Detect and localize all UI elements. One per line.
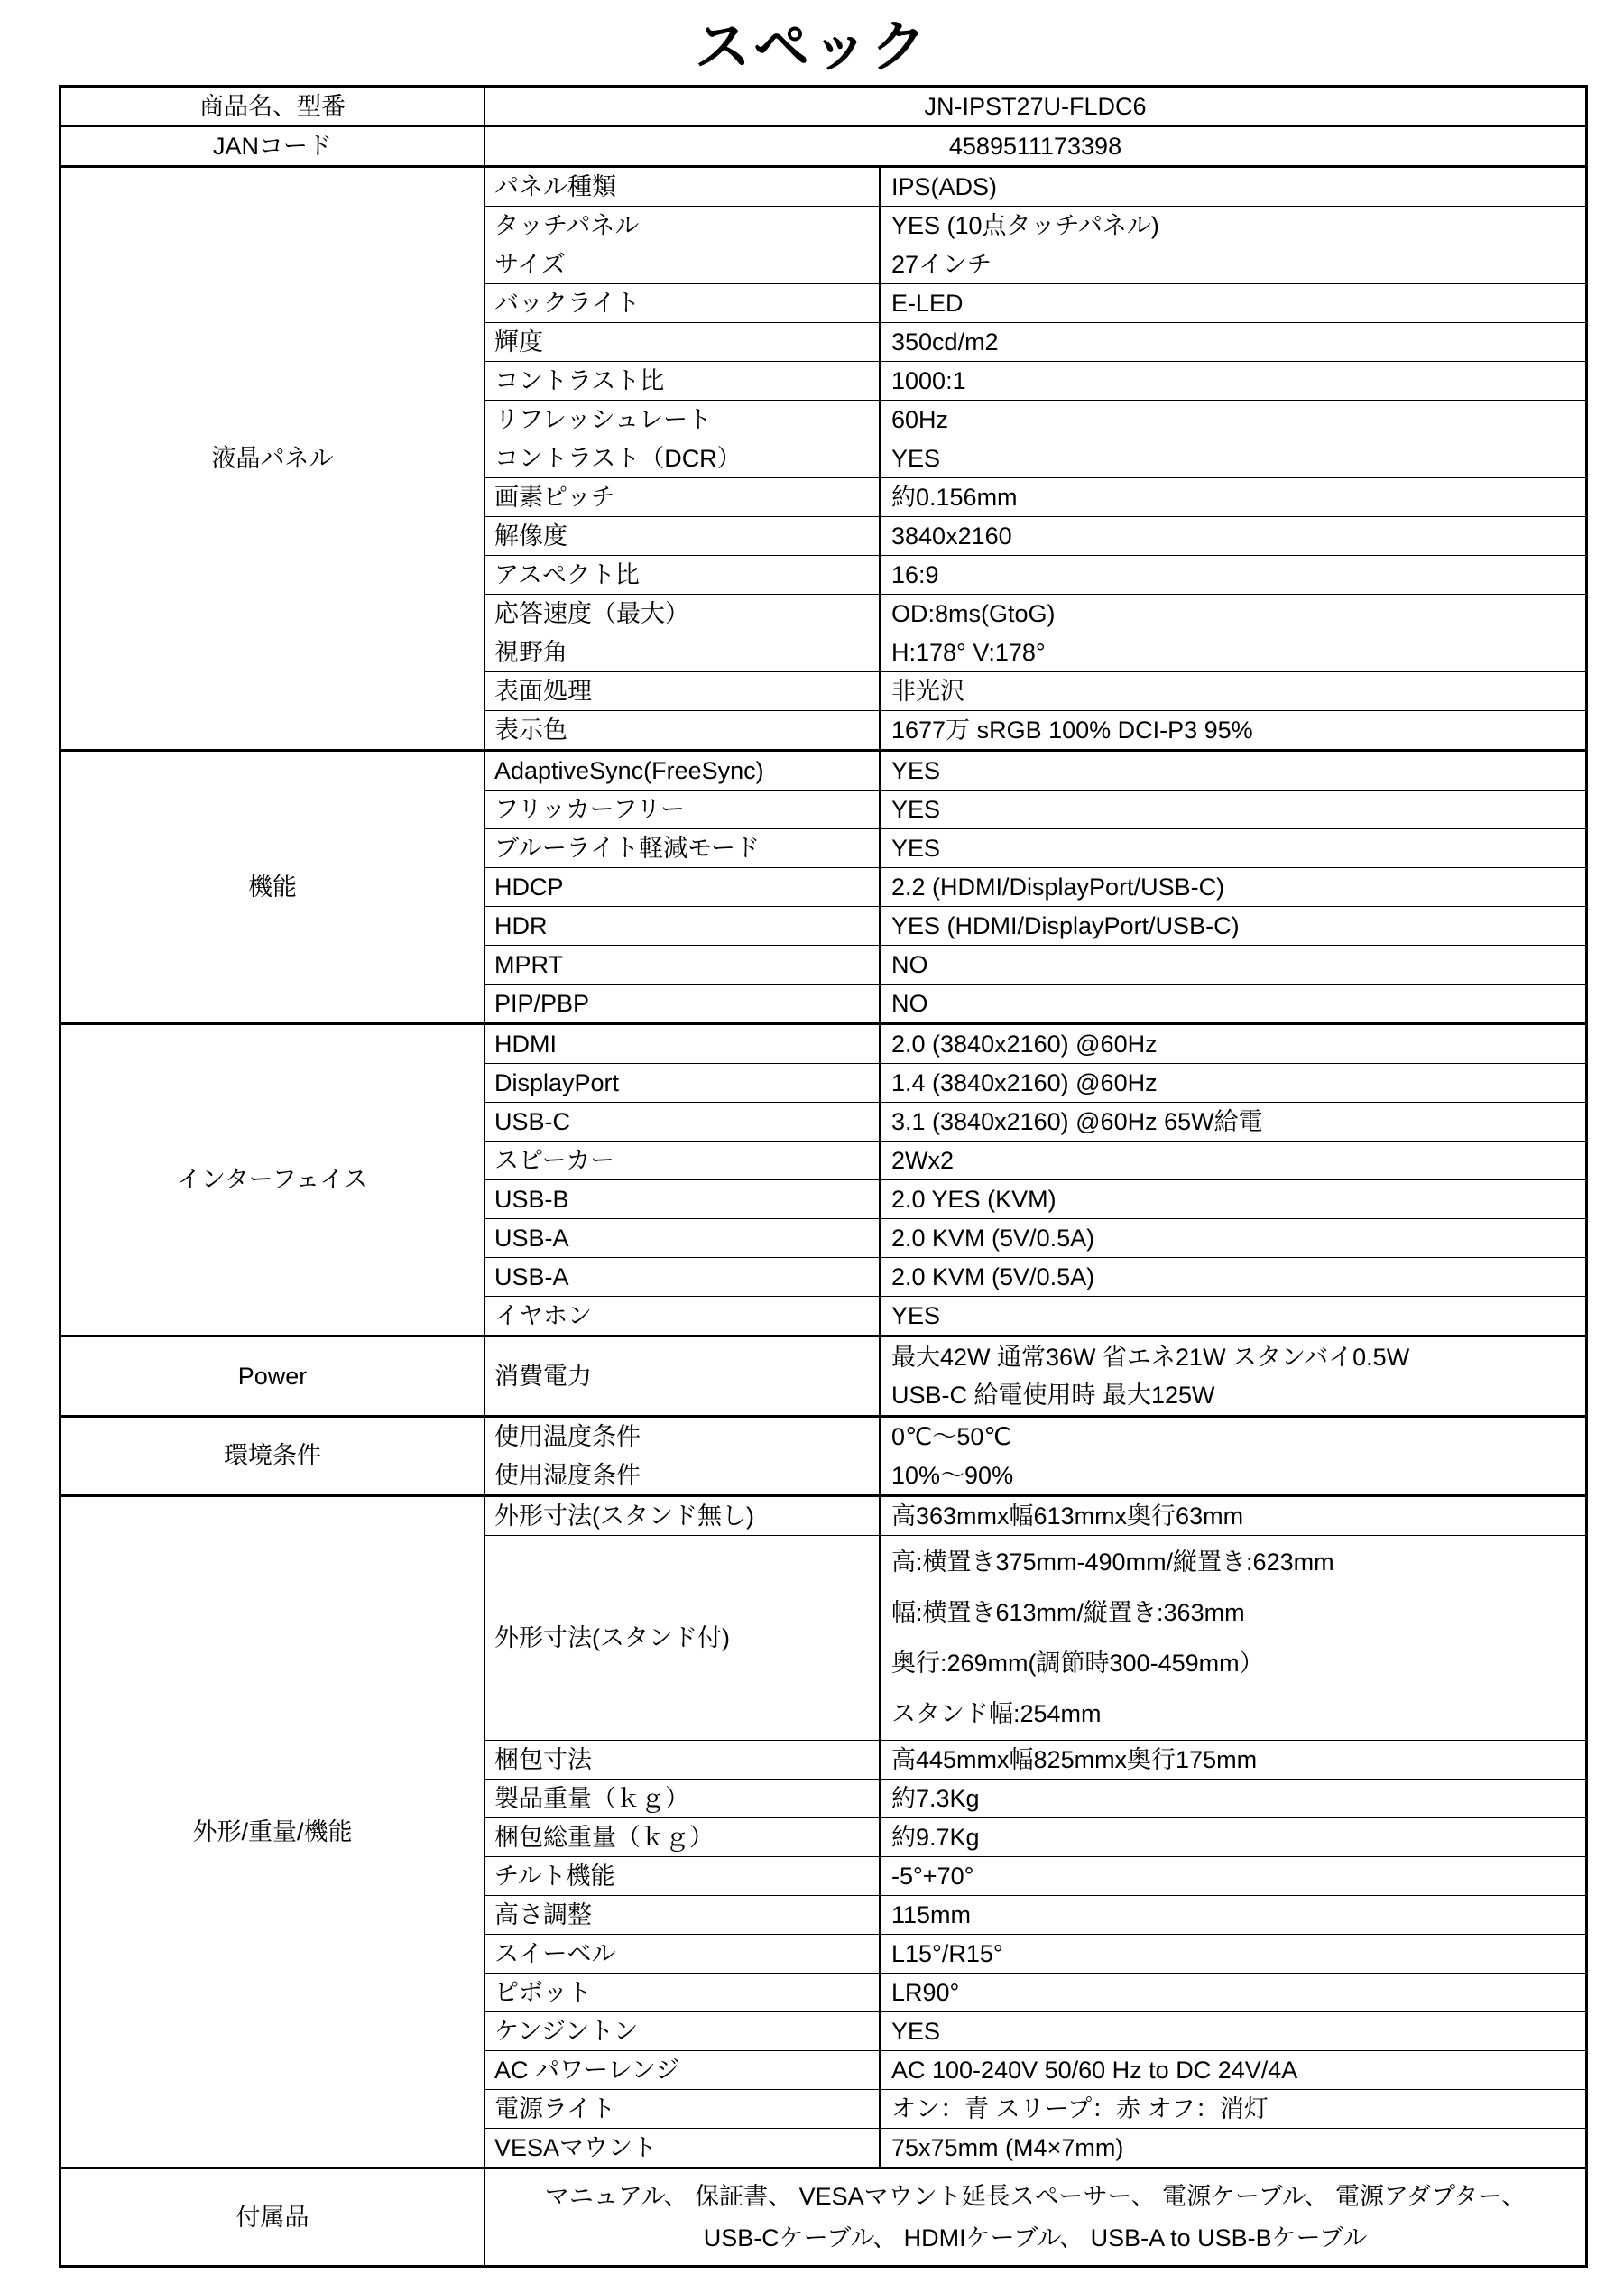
spec-label: HDMI xyxy=(485,1025,881,1063)
section-rows: 使用温度条件0℃～50℃ 使用湿度条件10%～90% xyxy=(485,1418,1585,1494)
table-row: スイーベルL15°/R15° xyxy=(485,1934,1585,1973)
table-row: パネル種類IPS(ADS) xyxy=(485,168,1585,206)
accessories-value: マニュアル、 保証書、 VESAマウント延長スペーサー、 電源ケーブル、 電源ア… xyxy=(485,2169,1585,2265)
spec-value-line: USB-C 給電使用時 最大125W xyxy=(891,1376,1215,1414)
spec-label: 解像度 xyxy=(485,517,881,555)
spec-label: 視野角 xyxy=(485,633,881,671)
spec-label: ケンジントン xyxy=(485,2012,881,2050)
table-row: 梱包総重量（ｋｇ）約9.7Kg xyxy=(485,1817,1585,1856)
table-row: スピーカー2Wx2 xyxy=(485,1141,1585,1179)
section-title: 付属品 xyxy=(61,2169,485,2265)
spec-label: VESAマウント xyxy=(485,2129,881,2167)
spec-value: 約7.3Kg xyxy=(881,1780,1585,1817)
section-power: Power 消費電力 最大42W 通常36W 省エネ21W スタンバイ0.5W … xyxy=(61,1335,1585,1415)
spec-value: 60Hz xyxy=(881,401,1585,439)
table-row: JANコード 4589511173398 xyxy=(61,125,1585,165)
spec-label: 使用温度条件 xyxy=(485,1418,881,1456)
spec-value: 約9.7Kg xyxy=(881,1818,1585,1856)
spec-value-line: 奥行:269mm(調節時300-459mm） xyxy=(891,1638,1264,1688)
spec-label: チルト機能 xyxy=(485,1857,881,1895)
table-row: HDMI2.0 (3840x2160) @60Hz xyxy=(485,1025,1585,1063)
spec-label: USB-A xyxy=(485,1219,881,1257)
spec-value: 1677万 sRGB 100% DCI-P3 95% xyxy=(881,711,1585,749)
spec-value: 2Wx2 xyxy=(881,1142,1585,1179)
spec-table: 商品名、型番 JN-IPST27U-FLDC6 JANコード 458951117… xyxy=(59,85,1588,2268)
table-row: 表示色1677万 sRGB 100% DCI-P3 95% xyxy=(485,710,1585,749)
table-row: 電源ライトオン：青 スリープ：赤 オフ：消灯 xyxy=(485,2089,1585,2128)
table-row: 応答速度（最大）OD:8ms(GtoG) xyxy=(485,594,1585,633)
spec-label: 高さ調整 xyxy=(485,1896,881,1934)
spec-label: ピボット xyxy=(485,1974,881,2011)
spec-label: 商品名、型番 xyxy=(61,88,485,125)
spec-label: スイーベル xyxy=(485,1935,881,1973)
spec-value-line: 幅:横置き613mm/縦置き:363mm xyxy=(891,1587,1245,1638)
spec-label: 梱包総重量（ｋｇ） xyxy=(485,1818,881,1856)
spec-label: 表面処理 xyxy=(485,672,881,710)
spec-value: オン：青 スリープ：赤 オフ：消灯 xyxy=(881,2090,1585,2128)
section-title: 環境条件 xyxy=(61,1418,485,1494)
spec-value: 0℃～50℃ xyxy=(881,1418,1585,1456)
spec-label: 表示色 xyxy=(485,711,881,749)
spec-value: 2.0 KVM (5V/0.5A) xyxy=(881,1219,1585,1257)
table-row: 高さ調整115mm xyxy=(485,1895,1585,1934)
spec-label: スピーカー xyxy=(485,1142,881,1179)
spec-value: OD:8ms(GtoG) xyxy=(881,595,1585,633)
spec-label: PIP/PBP xyxy=(485,985,881,1022)
table-row: USB-B2.0 YES (KVM) xyxy=(485,1179,1585,1218)
table-row: HDCP2.2 (HDMI/DisplayPort/USB-C) xyxy=(485,867,1585,906)
spec-label: 輝度 xyxy=(485,323,881,361)
section-title: 液晶パネル xyxy=(61,168,485,749)
spec-value: NO xyxy=(881,946,1585,984)
table-row: 輝度350cd/m2 xyxy=(485,322,1585,361)
table-row: AC パワーレンジAC 100-240V 50/60 Hz to DC 24V/… xyxy=(485,2050,1585,2089)
table-row: アスペクト比16:9 xyxy=(485,555,1585,594)
section-features: 機能 AdaptiveSync(FreeSync)YES フリッカーフリーYES… xyxy=(61,749,1585,1022)
table-row: ブルーライト軽減モードYES xyxy=(485,828,1585,867)
spec-label: 画素ピッチ xyxy=(485,478,881,516)
table-row: リフレッシュレート60Hz xyxy=(485,400,1585,439)
section-rows: AdaptiveSync(FreeSync)YES フリッカーフリーYES ブル… xyxy=(485,752,1585,1022)
accessories-line: マニュアル、 保証書、 VESAマウント延長スペーサー、 電源ケーブル、 電源ア… xyxy=(485,2176,1585,2217)
spec-value: 高363mmx幅613mmx奥行63mm xyxy=(881,1497,1585,1535)
spec-label: USB-B xyxy=(485,1180,881,1218)
spec-value: YES xyxy=(881,2012,1585,2050)
spec-value: 非光沢 xyxy=(881,672,1585,710)
spec-value: 高:横置き375mm-490mm/縦置き:623mm 幅:横置き613mm/縦置… xyxy=(881,1536,1585,1740)
table-row: 表面処理非光沢 xyxy=(485,671,1585,710)
spec-label: フリッカーフリー xyxy=(485,791,881,828)
spec-value: 約0.156mm xyxy=(881,478,1585,516)
spec-value: L15°/R15° xyxy=(881,1935,1585,1973)
section-rows: HDMI2.0 (3840x2160) @60Hz DisplayPort1.4… xyxy=(485,1025,1585,1335)
table-row: AdaptiveSync(FreeSync)YES xyxy=(485,752,1585,790)
section-rows: 消費電力 最大42W 通常36W 省エネ21W スタンバイ0.5W USB-C … xyxy=(485,1337,1585,1415)
spec-value: 16:9 xyxy=(881,556,1585,594)
spec-value: YES xyxy=(881,439,1585,477)
table-row: 使用湿度条件10%～90% xyxy=(485,1456,1585,1494)
table-row: 製品重量（ｋｇ）約7.3Kg xyxy=(485,1779,1585,1817)
table-row: USB-A2.0 KVM (5V/0.5A) xyxy=(485,1218,1585,1257)
table-row: ケンジントンYES xyxy=(485,2011,1585,2050)
spec-value: 1000:1 xyxy=(881,362,1585,400)
spec-label: リフレッシュレート xyxy=(485,401,881,439)
spec-label: コントラスト（DCR） xyxy=(485,439,881,477)
spec-label: パネル種類 xyxy=(485,168,881,206)
section-accessories: 付属品 マニュアル、 保証書、 VESAマウント延長スペーサー、 電源ケーブル、… xyxy=(61,2167,1585,2265)
spec-label: JANコード xyxy=(61,127,485,165)
spec-value: 最大42W 通常36W 省エネ21W スタンバイ0.5W USB-C 給電使用時… xyxy=(881,1337,1585,1415)
table-row: サイズ27インチ xyxy=(485,245,1585,283)
page-title: スペック xyxy=(0,2,1624,82)
spec-label: USB-C xyxy=(485,1103,881,1141)
section-title: 外形/重量/機能 xyxy=(61,1497,485,2167)
table-row: 使用温度条件0℃～50℃ xyxy=(485,1418,1585,1456)
spec-label: サイズ xyxy=(485,245,881,283)
spec-value: 2.2 (HDMI/DisplayPort/USB-C) xyxy=(881,868,1585,906)
table-row: タッチパネルYES (10点タッチパネル) xyxy=(485,206,1585,245)
spec-value: 115mm xyxy=(881,1896,1585,1934)
spec-value: AC 100-240V 50/60 Hz to DC 24V/4A xyxy=(881,2051,1585,2089)
spec-value: E-LED xyxy=(881,284,1585,322)
spec-value-line: 高:横置き375mm-490mm/縦置き:623mm xyxy=(891,1537,1334,1587)
table-row: コントラスト比1000:1 xyxy=(485,361,1585,400)
section-rows: パネル種類IPS(ADS) タッチパネルYES (10点タッチパネル) サイズ2… xyxy=(485,168,1585,749)
spec-label: バックライト xyxy=(485,284,881,322)
spec-label: HDCP xyxy=(485,868,881,906)
spec-label: USB-A xyxy=(485,1258,881,1296)
table-row: 商品名、型番 JN-IPST27U-FLDC6 xyxy=(61,88,1585,125)
spec-value: 高445mmx幅825mmx奥行175mm xyxy=(881,1741,1585,1779)
spec-label: コントラスト比 xyxy=(485,362,881,400)
spec-value-line: スタンド幅:254mm xyxy=(891,1688,1102,1739)
spec-label: MPRT xyxy=(485,946,881,984)
spec-value-line: 最大42W 通常36W 省エネ21W スタンバイ0.5W xyxy=(891,1338,1409,1376)
spec-value: 75x75mm (M4×7mm) xyxy=(881,2129,1585,2167)
section-dimensions: 外形/重量/機能 外形寸法(スタンド無し)高363mmx幅613mmx奥行63m… xyxy=(61,1494,1585,2167)
spec-value: -5°+70° xyxy=(881,1857,1585,1895)
spec-value: YES xyxy=(881,829,1585,867)
spec-label: イヤホン xyxy=(485,1297,881,1335)
spec-label: タッチパネル xyxy=(485,207,881,245)
spec-value: YES xyxy=(881,1297,1585,1335)
table-row: USB-A2.0 KVM (5V/0.5A) xyxy=(485,1257,1585,1296)
spec-label: ブルーライト軽減モード xyxy=(485,829,881,867)
table-row: 解像度3840x2160 xyxy=(485,516,1585,555)
spec-value: 27インチ xyxy=(881,245,1585,283)
section-lcd-panel: 液晶パネル パネル種類IPS(ADS) タッチパネルYES (10点タッチパネル… xyxy=(61,165,1585,749)
spec-value: NO xyxy=(881,985,1585,1022)
spec-label: AC パワーレンジ xyxy=(485,2051,881,2089)
accessories-line: USB-Cケーブル、 HDMIケーブル、 USB-A to USB-Bケーブル xyxy=(485,2217,1585,2259)
spec-value: 2.0 (3840x2160) @60Hz xyxy=(881,1025,1585,1063)
table-row: 画素ピッチ約0.156mm xyxy=(485,477,1585,516)
table-row: PIP/PBPNO xyxy=(485,984,1585,1022)
spec-value: YES (10点タッチパネル) xyxy=(881,207,1585,245)
table-row: DisplayPort1.4 (3840x2160) @60Hz xyxy=(485,1063,1585,1102)
table-row: コントラスト（DCR）YES xyxy=(485,439,1585,477)
table-row: 外形寸法(スタンド無し)高363mmx幅613mmx奥行63mm xyxy=(485,1497,1585,1535)
table-row: 消費電力 最大42W 通常36W 省エネ21W スタンバイ0.5W USB-C … xyxy=(485,1337,1585,1415)
spec-label: 製品重量（ｋｇ） xyxy=(485,1780,881,1817)
spec-label: AdaptiveSync(FreeSync) xyxy=(485,752,881,790)
spec-value: YES xyxy=(881,791,1585,828)
spec-label: 消費電力 xyxy=(485,1337,881,1415)
spec-value: IPS(ADS) xyxy=(881,168,1585,206)
spec-value: 350cd/m2 xyxy=(881,323,1585,361)
table-row: バックライトE-LED xyxy=(485,283,1585,322)
table-row: 外形寸法(スタンド付) 高:横置き375mm-490mm/縦置き:623mm 幅… xyxy=(485,1535,1585,1740)
table-row: イヤホンYES xyxy=(485,1296,1585,1335)
spec-label: 応答速度（最大） xyxy=(485,595,881,633)
table-row: VESAマウント75x75mm (M4×7mm) xyxy=(485,2128,1585,2167)
spec-value: 2.0 KVM (5V/0.5A) xyxy=(881,1258,1585,1296)
spec-label: アスペクト比 xyxy=(485,556,881,594)
section-environment: 環境条件 使用温度条件0℃～50℃ 使用湿度条件10%～90% xyxy=(61,1415,1585,1494)
spec-value: 10%～90% xyxy=(881,1456,1585,1494)
spec-value: 4589511173398 xyxy=(485,127,1585,165)
section-title: 機能 xyxy=(61,752,485,1022)
spec-value: YES (HDMI/DisplayPort/USB-C) xyxy=(881,907,1585,945)
table-row: MPRTNO xyxy=(485,945,1585,984)
section-title: インターフェイス xyxy=(61,1025,485,1335)
table-row: フリッカーフリーYES xyxy=(485,790,1585,828)
spec-value: 3840x2160 xyxy=(881,517,1585,555)
spec-label: DisplayPort xyxy=(485,1064,881,1102)
section-interface: インターフェイス HDMI2.0 (3840x2160) @60Hz Displ… xyxy=(61,1022,1585,1335)
table-row: USB-C3.1 (3840x2160) @60Hz 65W給電 xyxy=(485,1102,1585,1141)
spec-label: 電源ライト xyxy=(485,2090,881,2128)
table-row: チルト機能-5°+70° xyxy=(485,1856,1585,1895)
table-row: 視野角H:178° V:178° xyxy=(485,633,1585,671)
table-row: ピボットLR90° xyxy=(485,1973,1585,2011)
spec-value: 2.0 YES (KVM) xyxy=(881,1180,1585,1218)
spec-label: 梱包寸法 xyxy=(485,1741,881,1779)
table-row: HDRYES (HDMI/DisplayPort/USB-C) xyxy=(485,906,1585,945)
spec-value: 3.1 (3840x2160) @60Hz 65W給電 xyxy=(881,1103,1585,1141)
spec-label: 外形寸法(スタンド付) xyxy=(485,1536,881,1740)
spec-value: 1.4 (3840x2160) @60Hz xyxy=(881,1064,1585,1102)
spec-label: 外形寸法(スタンド無し) xyxy=(485,1497,881,1535)
spec-value: LR90° xyxy=(881,1974,1585,2011)
spec-value: H:178° V:178° xyxy=(881,633,1585,671)
table-row: 梱包寸法高445mmx幅825mmx奥行175mm xyxy=(485,1740,1585,1779)
section-title: Power xyxy=(61,1337,485,1415)
spec-label: HDR xyxy=(485,907,881,945)
spec-label: 使用湿度条件 xyxy=(485,1456,881,1494)
section-rows: 外形寸法(スタンド無し)高363mmx幅613mmx奥行63mm 外形寸法(スタ… xyxy=(485,1497,1585,2167)
spec-value: JN-IPST27U-FLDC6 xyxy=(485,88,1585,125)
spec-value: YES xyxy=(881,752,1585,790)
